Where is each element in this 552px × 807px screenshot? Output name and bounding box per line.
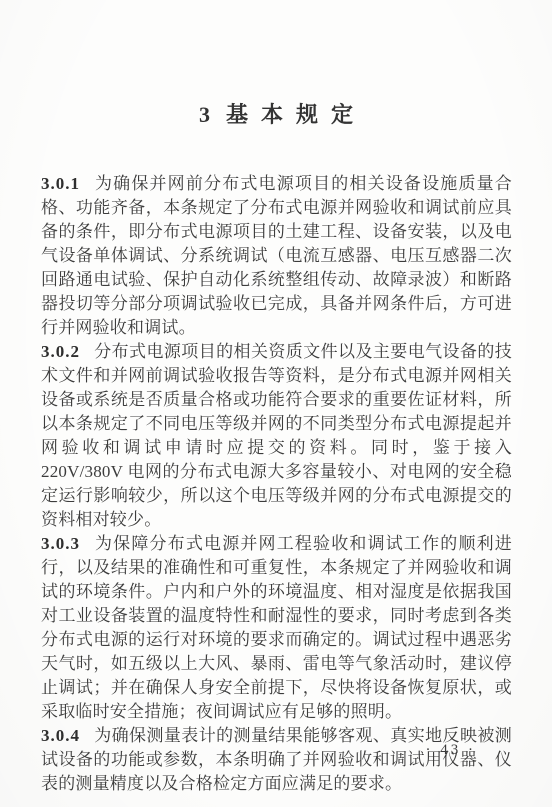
clause-number: 3.0.4	[41, 726, 80, 745]
chapter-title: 3基本规定	[0, 0, 552, 129]
clause-paragraph-3-0-4: 3.0.4为确保测量表计的测量结果能够客观、真实地反映被测试设备的功能或参数，本…	[41, 724, 512, 796]
clause-text: 分布式电源项目的相关资质文件以及主要电气设备的技术文件和并网前调试验收报告等资料…	[41, 342, 512, 529]
document-page: 3基本规定 3.0.1为确保并网前分布式电源项目的相关设备设施质量合格、功能齐备…	[0, 0, 552, 807]
clause-number: 3.0.1	[41, 174, 80, 193]
page-number: · 43 ·	[426, 742, 477, 759]
clause-number: 3.0.3	[41, 534, 80, 553]
chapter-title-text: 基本规定	[226, 101, 366, 129]
clause-paragraph-3-0-2: 3.0.2分布式电源项目的相关资质文件以及主要电气设备的技术文件和并网前调试验收…	[41, 340, 512, 532]
clause-paragraph-3-0-3: 3.0.3为保障分布式电源并网工程验收和调试工作的顺利进行，以及结果的准确性和可…	[41, 532, 512, 724]
clause-text: 为确保并网前分布式电源项目的相关设备设施质量合格、功能齐备，本条规定了分布式电源…	[41, 174, 512, 337]
clause-paragraph-3-0-1: 3.0.1为确保并网前分布式电源项目的相关设备设施质量合格、功能齐备，本条规定了…	[41, 172, 512, 340]
clause-number: 3.0.2	[41, 342, 80, 361]
body-text: 3.0.1为确保并网前分布式电源项目的相关设备设施质量合格、功能齐备，本条规定了…	[41, 172, 512, 796]
clause-text: 为确保测量表计的测量结果能够客观、真实地反映被测试设备的功能或参数，本条明确了并…	[41, 726, 512, 793]
chapter-number: 3	[199, 101, 210, 129]
clause-text: 为保障分布式电源并网工程验收和调试工作的顺利进行，以及结果的准确性和可重复性，本…	[41, 534, 512, 721]
